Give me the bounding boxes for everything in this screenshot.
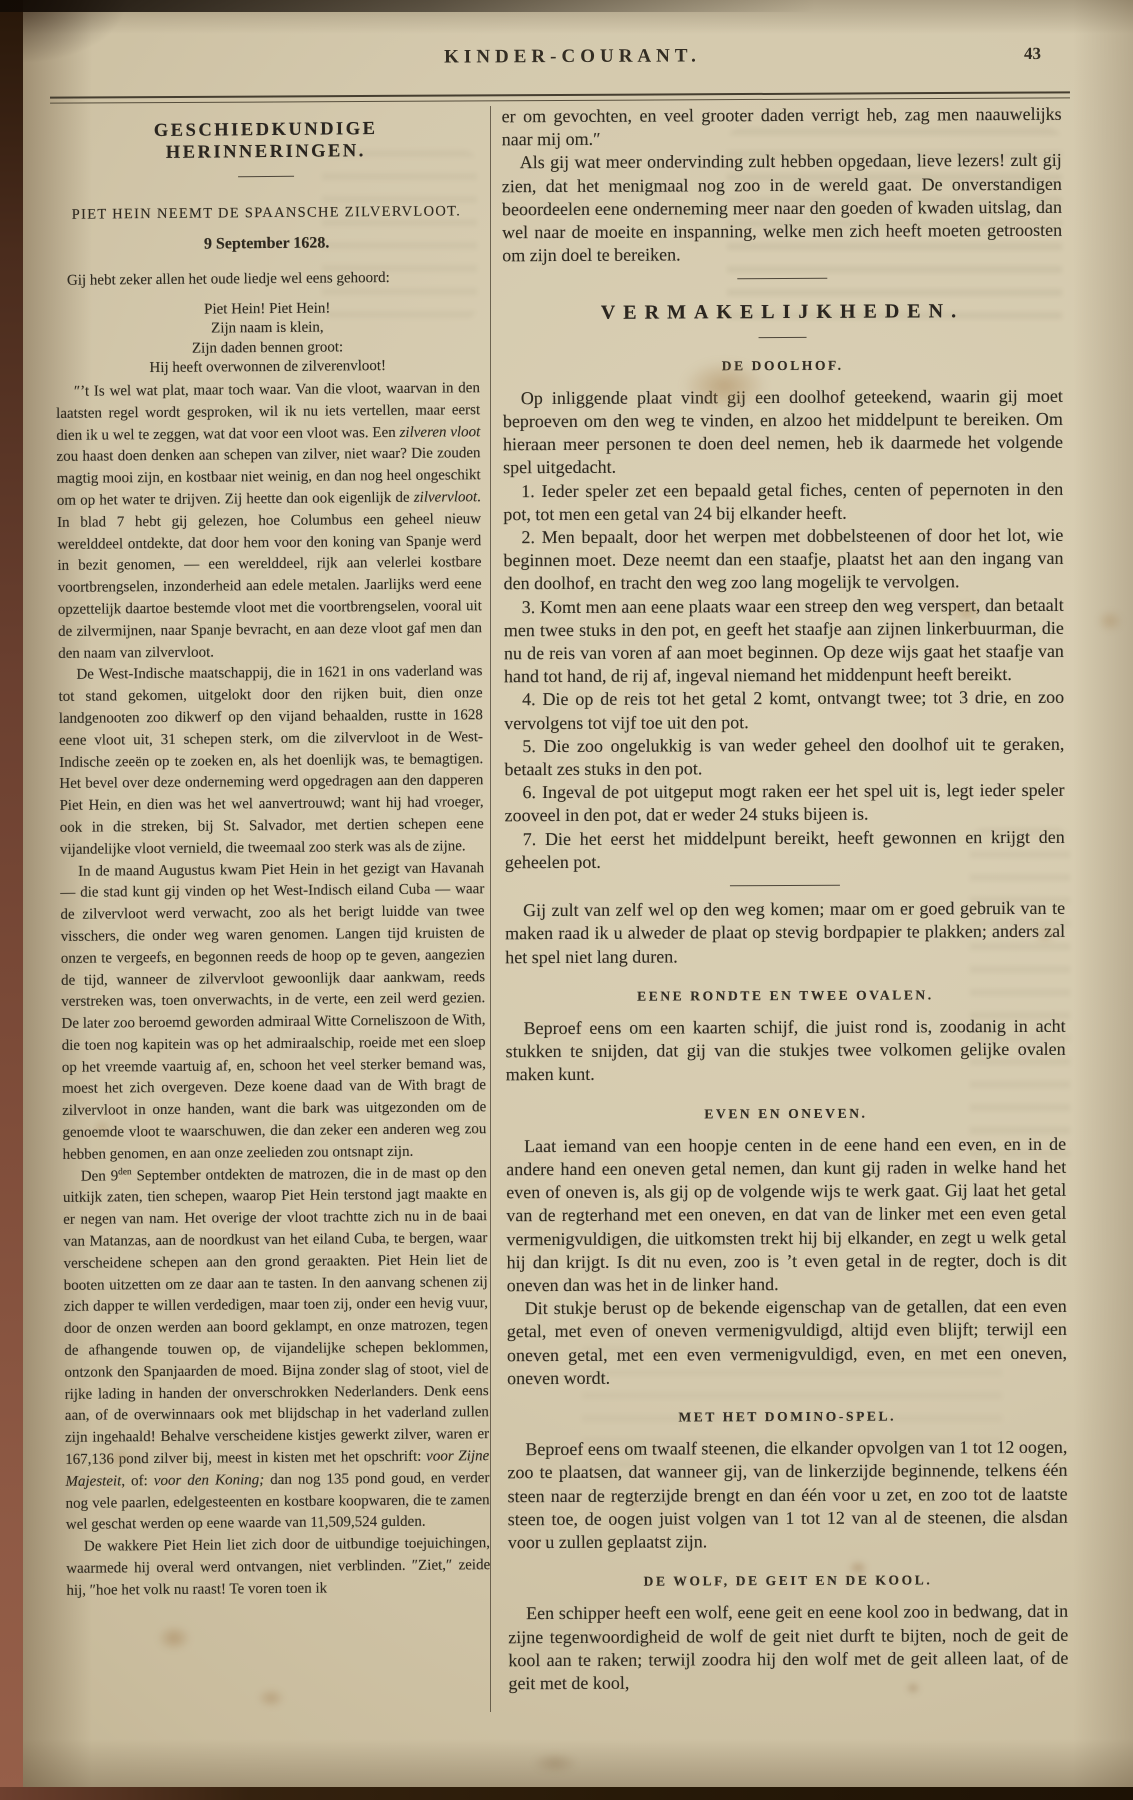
paragraph: Op inliggende plaat vindt gij een doolho… xyxy=(503,385,1063,480)
subsection-heading: EVEN EN ONEVEN. xyxy=(506,1100,1066,1126)
running-head: KINDER-COURANT. 43 xyxy=(52,44,1093,71)
subsection-heading: EENE RONDTE EN TWEE OVALEN. xyxy=(505,982,1065,1008)
paragraph: De West-Indische maatschappij, die in 16… xyxy=(58,662,484,862)
list-item: 4. Die op de reis tot het getal 2 komt, … xyxy=(504,686,1064,735)
page-number: 43 xyxy=(1024,44,1041,64)
header-rule xyxy=(50,91,1070,103)
stain xyxy=(952,600,982,624)
scan-edge-top xyxy=(0,0,1133,12)
paragraph: Beproef eens om een kaarten schijf, die … xyxy=(506,1015,1066,1087)
subsection-heading: DE DOOLHOF. xyxy=(503,352,1063,378)
article-title: GESCHIEDKUNDIGE HERINNERINGEN. xyxy=(54,118,478,165)
stain xyxy=(1097,610,1123,632)
paragraph: ″’t Is wel wat plat, maar toch waar. Van… xyxy=(56,378,482,665)
corner-shadow xyxy=(22,0,172,90)
article-subtitle: PIET HEIN NEEMT DE SPAANSCHE ZILVERVLOOT… xyxy=(54,201,478,226)
left-column: GESCHIEDKUNDIGE HERINNERINGEN.PIET HEIN … xyxy=(54,108,491,1602)
scanned-page: KINDER-COURANT. 43 GESCHIEDKUNDIGE HERIN… xyxy=(0,0,1133,1800)
list-item: 5. Die zoo ongelukkig is van weder gehee… xyxy=(504,733,1064,782)
paragraph: Beproef eens om twaalf steenen, die elka… xyxy=(507,1436,1068,1554)
section-title: VERMAKELIJKHEDEN. xyxy=(502,300,1062,326)
poem-line: Hij heeft overwonnen de zilverenvloot! xyxy=(56,357,480,380)
paragraph: In de maand Augustus kwam Piet Hein in h… xyxy=(60,858,487,1167)
short-divider xyxy=(759,337,807,338)
column-divider xyxy=(490,106,491,1712)
stain xyxy=(257,1688,285,1708)
stain xyxy=(157,1625,191,1651)
paragraph: Als gij wat meer ondervinding zult hebbe… xyxy=(502,149,1063,267)
page-paper: KINDER-COURANT. 43 GESCHIEDKUNDIGE HERIN… xyxy=(22,0,1133,1789)
paragraph: Den 9den September ontdekten de matrozen… xyxy=(63,1163,490,1537)
list-item: 7. Die het eerst het middelpunt bereikt,… xyxy=(505,825,1065,874)
paragraph: Dit stukje berust op de bekende eigensch… xyxy=(507,1295,1067,1390)
list-item: 1. Ieder speler zet een bepaald getal fi… xyxy=(503,477,1063,526)
stain xyxy=(532,1752,578,1774)
masthead-title: KINDER-COURANT. xyxy=(52,44,1093,71)
article-date: 9 September 1628. xyxy=(55,232,479,257)
stain xyxy=(682,360,767,412)
stain xyxy=(848,1560,868,1576)
list-item: 6. Ingeval de pot uitgeput mogt raken ee… xyxy=(504,779,1064,828)
poem: Piet Hein! Piet Hein!Zijn naam is klein,… xyxy=(55,298,480,380)
right-column: er om gevochten, en veel grooter daden v… xyxy=(502,103,1069,1696)
stain xyxy=(1034,925,1056,943)
section-divider xyxy=(737,278,827,279)
paragraph: De wakkere Piet Hein liet zich door de u… xyxy=(66,1533,491,1602)
section-divider xyxy=(730,885,840,886)
scan-edge-bottom xyxy=(0,1787,1133,1800)
paragraph: Gij zult van zelf wel op den weg komen; … xyxy=(505,897,1065,969)
subsection-heading: MET HET DOMINO-SPEL. xyxy=(507,1404,1067,1430)
stain xyxy=(906,1682,920,1694)
subsection-heading: DE WOLF, DE GEIT EN DE KOOL. xyxy=(508,1568,1068,1594)
paragraph: er om gevochten, en veel grooter daden v… xyxy=(502,103,1062,152)
paragraph: Gij hebt zeker allen het oude liedje wel… xyxy=(55,267,479,292)
stain xyxy=(107,1448,131,1468)
short-divider xyxy=(238,175,294,176)
book-binding-edge xyxy=(0,0,23,1800)
stain xyxy=(92,1120,112,1136)
paragraph: Laat iemand van een hoopje centen in de … xyxy=(506,1132,1067,1297)
list-item: 2. Men bepaalt, door het werpen met dobb… xyxy=(503,524,1063,596)
stain xyxy=(626,1497,642,1510)
paragraph: Een schipper heeft een wolf, eene geit e… xyxy=(508,1600,1068,1695)
